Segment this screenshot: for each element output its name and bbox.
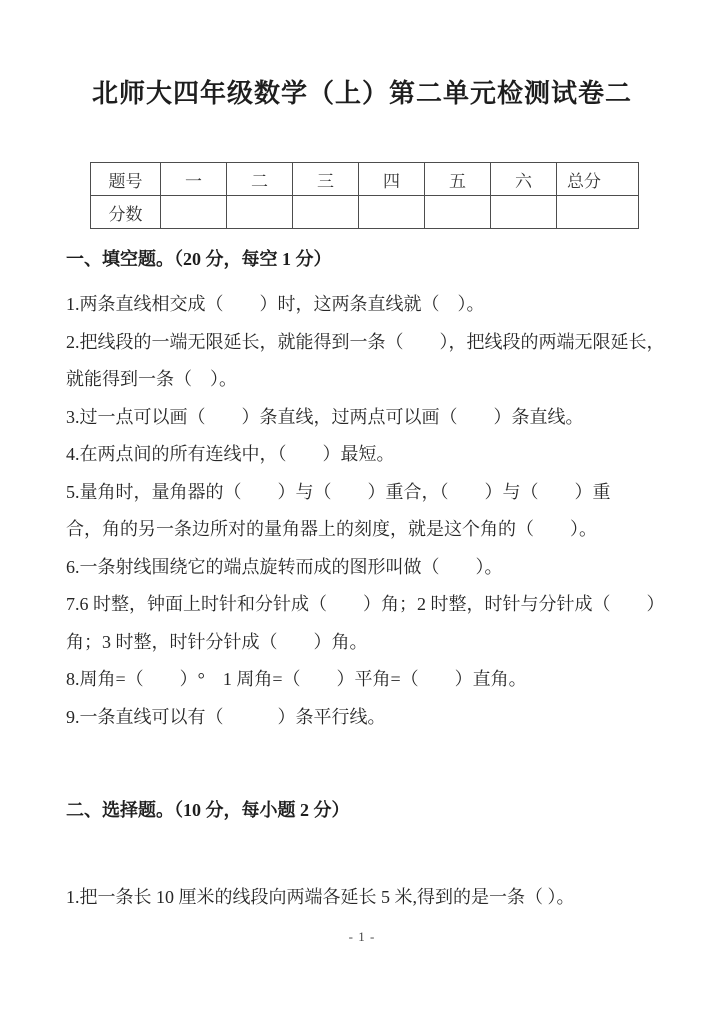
score-cell-4 (359, 196, 425, 229)
section-1-questions: 1.两条直线相交成（ ）时，这两条直线就（ ）。 2.把线段的一端无限延长，就能… (66, 286, 658, 736)
score-table-header-col-6: 六 (491, 163, 557, 196)
question-9-line-1: 9.一条直线可以有（ ）条平行线。 (66, 699, 658, 737)
score-cell-1 (161, 196, 227, 229)
question-5-line-2: 合，角的另一条边所对的量角器上的刻度，就是这个角的（ ）。 (66, 511, 658, 549)
question-1-line-1: 1.两条直线相交成（ ）时，这两条直线就（ ）。 (66, 286, 658, 324)
score-table-header-question-no: 题号 (91, 163, 161, 196)
page-number: - 1 - (66, 929, 658, 945)
score-table-header-col-3: 三 (293, 163, 359, 196)
score-cell-6 (491, 196, 557, 229)
score-table-header-row: 题号 一 二 三 四 五 六 总分 (91, 163, 639, 196)
test-paper-page: 北师大四年级数学（上）第二单元检测试卷二 题号 一 二 三 四 五 六 总分 分… (0, 0, 724, 1024)
score-table-header-col-2: 二 (227, 163, 293, 196)
score-table: 题号 一 二 三 四 五 六 总分 分数 (90, 162, 639, 229)
question-6-line-1: 6.一条射线围绕它的端点旋转而成的图形叫做（ ）。 (66, 549, 658, 587)
score-cell-5 (425, 196, 491, 229)
question-2-line-2: 就能得到一条（ ）。 (66, 361, 658, 399)
question-3-line-1: 3.过一点可以画（ ）条直线，过两点可以画（ ）条直线。 (66, 399, 658, 437)
question-4-line-1: 4.在两点间的所有连线中，（ ）最短。 (66, 436, 658, 474)
section-2-question-1-line-1: 1.把一条长 10 厘米的线段向两端各延长 5 米,得到的是一条（ ）。 (66, 879, 658, 917)
question-7-line-1: 7.6 时整，钟面上时针和分针成（ ）角；2 时整，时针与分针成（ ） (66, 586, 658, 624)
score-table-header-total: 总分 (557, 163, 639, 196)
score-row-label: 分数 (91, 196, 161, 229)
score-cell-total (557, 196, 639, 229)
page-title: 北师大四年级数学（上）第二单元检测试卷二 (66, 78, 658, 110)
score-table-score-row: 分数 (91, 196, 639, 229)
question-7-line-2: 角；3 时整，时针分针成（ ）角。 (66, 624, 658, 662)
score-table-header-col-1: 一 (161, 163, 227, 196)
question-8-line-1: 8.周角=（ ）° 1 周角=（ ）平角=（ ）直角。 (66, 661, 658, 699)
question-5-line-1: 5.量角时，量角器的（ ）与（ ）重合，（ ）与（ ）重 (66, 474, 658, 512)
section-2-questions: 1.把一条长 10 厘米的线段向两端各延长 5 米,得到的是一条（ ）。 (66, 879, 658, 917)
section-2-heading: 二、选择题。（10 分，每小题 2 分） (66, 798, 658, 822)
score-cell-3 (293, 196, 359, 229)
score-cell-2 (227, 196, 293, 229)
question-2-line-1: 2.把线段的一端无限延长，就能得到一条（ ），把线段的两端无限延长， (66, 324, 658, 362)
score-table-header-col-4: 四 (359, 163, 425, 196)
score-table-header-col-5: 五 (425, 163, 491, 196)
section-1-heading: 一、填空题。（20 分，每空 1 分） (66, 247, 658, 271)
